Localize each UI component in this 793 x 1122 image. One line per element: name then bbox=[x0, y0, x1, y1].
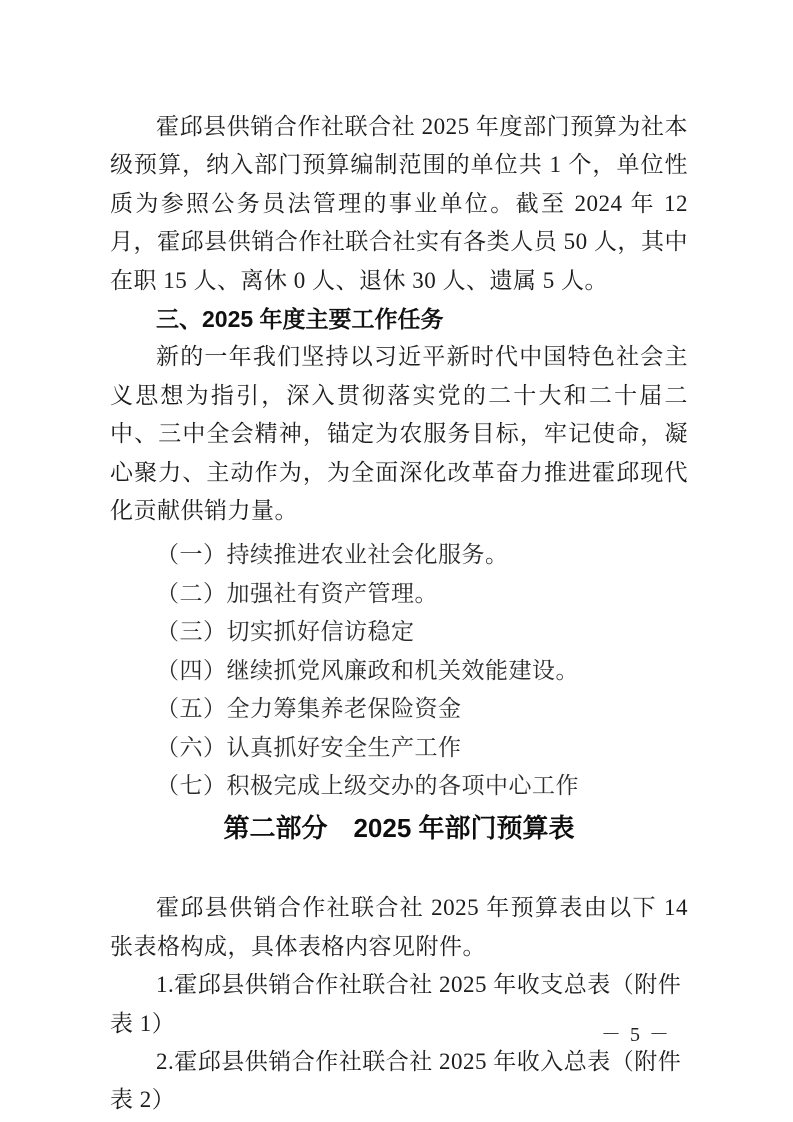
task-item-2: （二）加强社有资产管理。 bbox=[110, 575, 688, 613]
task-item-7: （七）积极完成上级交办的各项中心工作 bbox=[110, 767, 688, 805]
document-content: 霍邱县供销合作社联合社 2025 年度部门预算为社本级预算，纳入部门预算编制范围… bbox=[110, 108, 688, 1120]
paragraph-tasks-intro: 新的一年我们坚持以习近平新时代中国特色社会主义思想为指引，深入贯彻落实党的二十大… bbox=[110, 338, 688, 530]
paragraph-tables-intro: 霍邱县供销合作社联合社 2025 年预算表由以下 14 张表格构成，具体表格内容… bbox=[110, 889, 688, 966]
task-item-1: （一）持续推进农业社会化服务。 bbox=[110, 536, 688, 574]
page-footer: － 5 － bbox=[0, 1018, 793, 1047]
task-item-5: （五）全力筹集养老保险资金 bbox=[110, 690, 688, 728]
part2-heading: 第二部分 2025 年部门预算表 bbox=[110, 807, 688, 849]
task-item-4: （四）继续抓党风廉政和机关效能建设。 bbox=[110, 652, 688, 690]
page-number: － 5 － bbox=[601, 1024, 671, 1046]
budget-table-list-item-2: 2.霍邱县供销合作社联合社 2025 年收入总表（附件表 2） bbox=[110, 1043, 688, 1120]
paragraph-budget-overview: 霍邱县供销合作社联合社 2025 年度部门预算为社本级预算，纳入部门预算编制范围… bbox=[110, 108, 688, 300]
task-item-6: （六）认真抓好安全生产工作 bbox=[110, 729, 688, 767]
section-heading-main-tasks: 三、2025 年度主要工作任务 bbox=[110, 300, 688, 338]
task-item-3: （三）切实抓好信访稳定 bbox=[110, 613, 688, 651]
task-list: （一）持续推进农业社会化服务。 （二）加强社有资产管理。 （三）切实抓好信访稳定… bbox=[110, 536, 688, 805]
document-page: 霍邱县供销合作社联合社 2025 年度部门预算为社本级预算，纳入部门预算编制范围… bbox=[0, 0, 793, 1122]
